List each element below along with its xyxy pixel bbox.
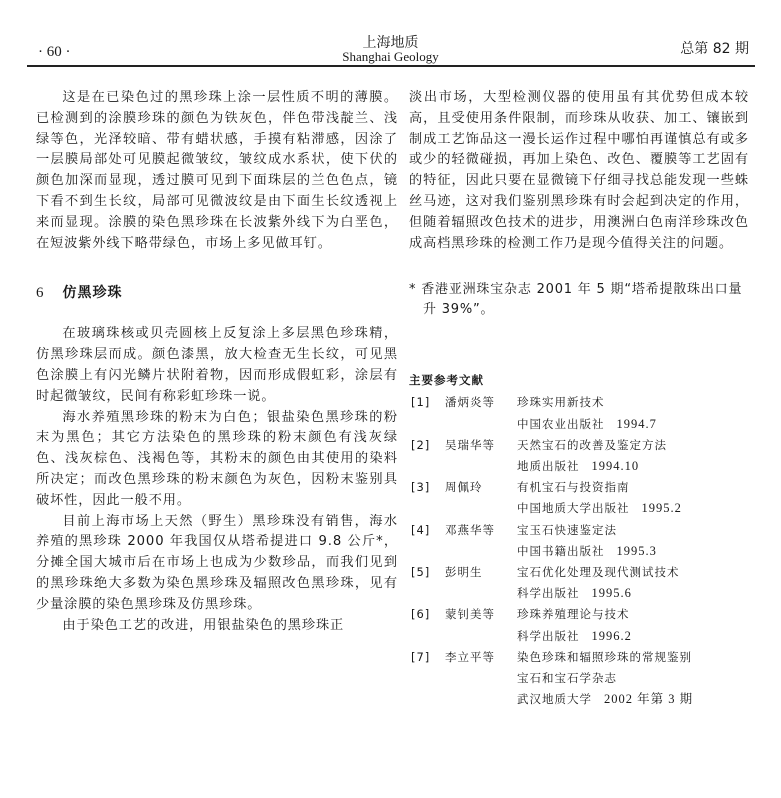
reference-index: [7] — [409, 647, 445, 711]
reference-author: 李立平等 — [445, 647, 517, 711]
reference-publisher: 科学出版社 — [517, 629, 580, 643]
left-column: 这是在已染色过的黑珍珠上涂一层性质不明的薄膜。已检测到的涂膜珍珠的颜色为铁灰色，… — [36, 88, 398, 636]
reference-author: 彭明生 — [445, 562, 517, 604]
reference-index: [6] — [409, 604, 445, 646]
paragraph: 这是在已染色过的黑珍珠上涂一层性质不明的薄膜。已检测到的涂膜珍珠的颜色为铁灰色，… — [36, 88, 398, 254]
paragraph: 在玻璃珠核或贝壳圆核上反复涂上多层黑色珍珠精，仿黑珍珠层而成。颜色漆黑，放大检查… — [36, 324, 398, 407]
right-column: 淡出市场，大型检测仪器的使用虽有其优势但成本较高，且受使用条件限制，而珍珠从收获… — [409, 88, 749, 710]
section-title: 仿黑珍珠 — [63, 285, 123, 301]
reference-year: 1995.6 — [592, 586, 632, 600]
reference-year: 1994.10 — [592, 459, 640, 473]
reference-item: [1] 潘炳炎等 珍珠实用新技术 中国农业出版社1994.7 — [409, 392, 749, 434]
reference-title: 染色珍珠和辐照珍珠的常规鉴别 — [517, 647, 749, 668]
reference-title: 宝玉石快速鉴定法 — [517, 520, 749, 541]
reference-author: 潘炳炎等 — [445, 392, 517, 434]
reference-title: 珍珠实用新技术 — [517, 392, 749, 413]
paragraph: 目前上海市场上天然（野生）黑珍珠没有销售，海水养殖的黑珍珠 2000 年我国仅从… — [36, 512, 398, 616]
reference-publisher: 武汉地质大学 — [517, 692, 592, 706]
reference-year: 1996.2 — [592, 629, 632, 643]
reference-publisher: 中国书籍出版社 — [517, 544, 605, 558]
reference-publisher: 中国地质大学出版社 — [517, 501, 630, 515]
reference-author: 邓燕华等 — [445, 520, 517, 562]
reference-index: [4] — [409, 520, 445, 562]
reference-year: 1995.3 — [617, 544, 657, 558]
reference-index: [5] — [409, 562, 445, 604]
reference-year: 1995.2 — [642, 501, 682, 515]
references-heading: 主要参考文献 — [409, 372, 749, 388]
reference-item: [3] 周佩玲 有机宝石与投资指南 中国地质大学出版社1995.2 — [409, 477, 749, 519]
reference-item: [4] 邓燕华等 宝玉石快速鉴定法 中国书籍出版社1995.3 — [409, 520, 749, 562]
reference-item: [7] 李立平等 染色珍珠和辐照珍珠的常规鉴别 宝石和宝石学杂志 武汉地质大学2… — [409, 647, 749, 711]
reference-publisher: 地质出版社 — [517, 459, 580, 473]
page-header: · 60 · 上海地质 Shanghai Geology 总第 82 期 — [0, 0, 781, 70]
reference-index: [2] — [409, 435, 445, 477]
header-rule — [27, 65, 755, 67]
paragraph: 淡出市场，大型检测仪器的使用虽有其优势但成本较高，且受使用条件限制，而珍珠从收获… — [409, 88, 749, 254]
reference-title: 有机宝石与投资指南 — [517, 477, 749, 498]
section-number: 6 — [36, 285, 45, 301]
reference-publisher: 中国农业出版社 — [517, 417, 605, 431]
footnote: * 香港亚洲珠宝杂志 2001 年 5 期“塔希提散珠出口量升 39%”。 — [409, 280, 749, 320]
reference-author: 蒙钊美等 — [445, 604, 517, 646]
reference-title: 宝石优化处理及现代测试技术 — [517, 562, 749, 583]
reference-item: [2] 吴瑞华等 天然宝石的改善及鉴定方法 地质出版社1994.10 — [409, 435, 749, 477]
reference-item: [5] 彭明生 宝石优化处理及现代测试技术 科学出版社1995.6 — [409, 562, 749, 604]
reference-year: 1994.7 — [617, 417, 657, 431]
reference-index: [1] — [409, 392, 445, 434]
reference-index: [3] — [409, 477, 445, 519]
paragraph: 由于染色工艺的改进，用银盐染色的黑珍珠正 — [36, 616, 398, 637]
reference-author: 周佩玲 — [445, 477, 517, 519]
reference-title: 珍珠养殖理论与技术 — [517, 604, 749, 625]
reference-title: 天然宝石的改善及鉴定方法 — [517, 435, 749, 456]
reference-list: [1] 潘炳炎等 珍珠实用新技术 中国农业出版社1994.7 [2] 吴瑞华等 … — [409, 392, 749, 710]
reference-year: 2002 年第 3 期 — [604, 692, 693, 706]
reference-item: [6] 蒙钊美等 珍珠养殖理论与技术 科学出版社1996.2 — [409, 604, 749, 646]
journal-title-en: Shanghai Geology — [0, 49, 781, 65]
reference-publisher: 科学出版社 — [517, 586, 580, 600]
issue-number: 总第 82 期 — [680, 38, 749, 58]
reference-author: 吴瑞华等 — [445, 435, 517, 477]
section-heading: 6仿黑珍珠 — [36, 282, 398, 302]
paragraph: 海水养殖黑珍珠的粉末为白色；银盐染色黑珍珠的粉末为黑色；其它方法染色的黑珍珠的粉… — [36, 408, 398, 512]
reference-journal: 宝石和宝石学杂志 — [517, 668, 749, 689]
